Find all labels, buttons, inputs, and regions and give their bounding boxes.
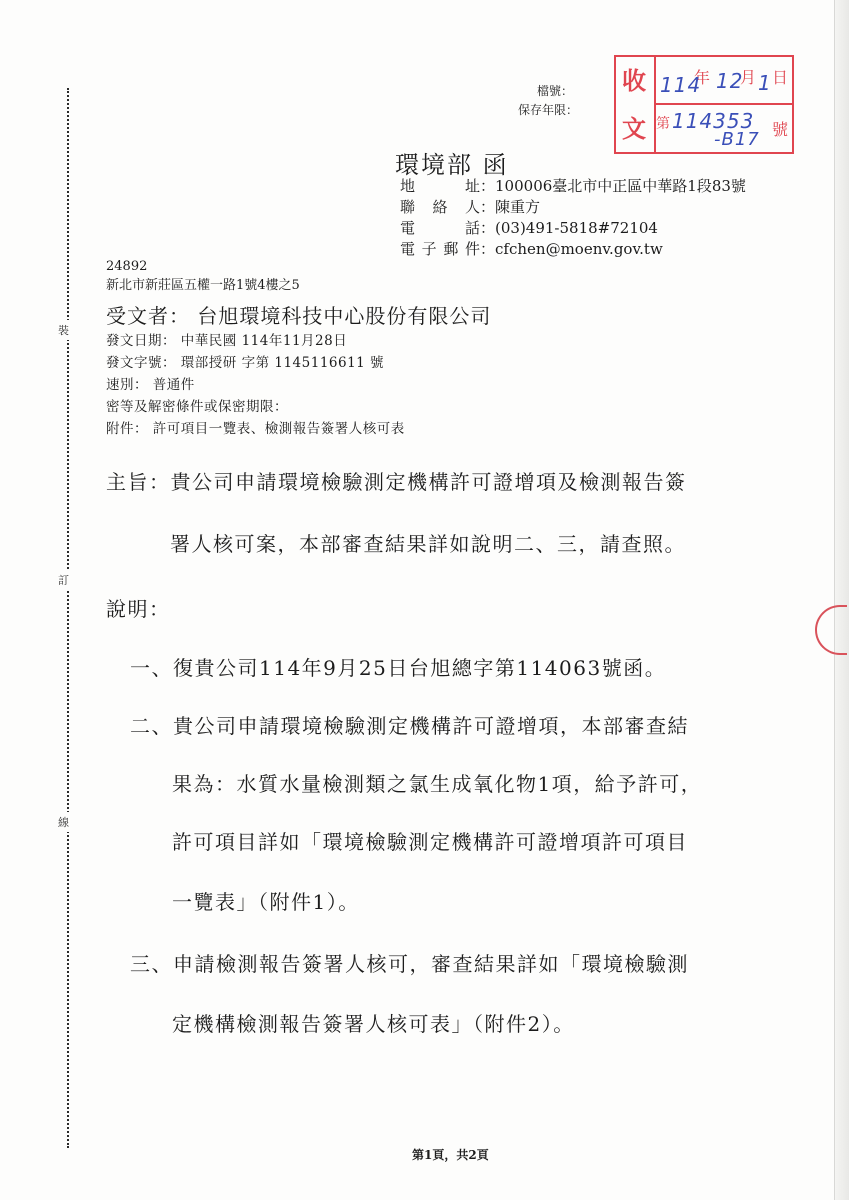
field-classification: 密等及解密條件或保密期限：: [106, 396, 405, 418]
contact-label: 地址: [400, 176, 480, 197]
field-attachments: 附件： 許可項目一覽表、檢測報告簽署人核可表: [106, 418, 405, 440]
subject-label: 主旨：: [106, 470, 171, 494]
item-number: 三、: [130, 952, 173, 976]
document-fields: 發文日期： 中華民國 114年11月28日 發文字號： 環部授研 字第 1145…: [106, 330, 405, 440]
field-label: 速別：: [106, 377, 148, 393]
contact-value: 100006臺北市中正區中華路1段83號: [495, 177, 746, 195]
field-value: 普通件: [153, 377, 195, 393]
stamp-doc-char: 文: [622, 109, 646, 144]
explanation-item-2-line-4: 一覽表」（附件1）。: [172, 886, 360, 915]
contact-label: 聯絡人: [400, 197, 480, 218]
stamp-handwritten-year: 114: [660, 73, 701, 97]
retention-period-label: 保存年限：: [518, 101, 578, 118]
stamp-handwritten-day: 1: [758, 71, 772, 95]
contact-label: 電話: [400, 218, 480, 239]
field-label: 發文日期：: [106, 333, 176, 349]
contact-email-value: cfchen@moenv.gov.tw: [495, 240, 663, 258]
field-document-number: 發文字號： 環部授研 字第 1145116611 號: [106, 352, 405, 374]
binding-mark-xian: 線: [58, 812, 69, 832]
explanation-item-3: 三、申請檢測報告簽署人核可，審查結果詳如「環境檢驗測: [130, 948, 689, 977]
recipient-postal-code: 24892: [106, 258, 147, 276]
subject-line-2: 署人核可案，本部審查結果詳如說明二、三，請查照。: [170, 528, 686, 557]
document-title: 環境部 函: [395, 145, 509, 180]
page-number: 第1頁，共2頁: [412, 1146, 489, 1163]
explanation-item-2-line-3: 許可項目詳如「環境檢驗測定機構許可證增項許可項目: [172, 826, 688, 855]
field-value: 許可項目一覽表、檢測報告簽署人核可表: [153, 421, 405, 437]
recipient-name: 台旭環境科技中心股份有限公司: [197, 304, 491, 328]
explanation-label: 說明：: [106, 593, 171, 622]
binding-mark-ding: 訂: [58, 570, 69, 590]
binding-mark-zhuang: 裝: [58, 320, 69, 340]
binding-dotted-line: [67, 88, 69, 1148]
recipient-label: 受文者：: [106, 304, 190, 328]
stamp-handwritten-month: 12: [716, 69, 743, 93]
recipient-address: 新北市新莊區五權一路1號4樓之5: [106, 277, 300, 295]
field-label: 發文字號：: [106, 355, 176, 371]
explanation-item-1: 一、復貴公司114年9月25日台旭總字第114063號函。: [130, 652, 666, 681]
stamp-day-label: 日: [772, 65, 788, 88]
sender-contact-block: 地址：100006臺北市中正區中華路1段83號 聯絡人：陳重方 電話：(03)4…: [400, 176, 746, 260]
item-number: 一、: [130, 656, 173, 680]
contact-person-row: 聯絡人：陳重方: [400, 197, 746, 218]
stamp-receive-char: 收: [622, 61, 646, 96]
subject-text: 貴公司申請環境檢驗測定機構許可證增項及檢測報告簽: [171, 470, 687, 494]
recipient-line: 受文者： 台旭環境科技中心股份有限公司: [106, 300, 491, 329]
stamp-number-prefix: 第: [656, 113, 670, 133]
item-text: 貴公司申請環境檢驗測定機構許可證增項，本部審查結: [173, 714, 689, 738]
stamp-handwritten-number-suffix: -B17: [714, 129, 760, 150]
stamp-divider: [654, 103, 792, 105]
field-value: 中華民國 114年11月28日: [181, 333, 347, 349]
official-seal-partial: [815, 605, 847, 655]
receipt-stamp: 收 文 年 月 日 第 號 114 12 1 114353 -B17: [614, 55, 794, 154]
stamp-number-suffix: 號: [772, 117, 788, 140]
contact-address-row: 地址：100006臺北市中正區中華路1段83號: [400, 176, 746, 197]
item-text: 申請檢測報告簽署人核可，審查結果詳如「環境檢驗測: [173, 952, 689, 976]
field-label: 密等及解密條件或保密期限：: [106, 399, 288, 415]
explanation-item-2: 二、貴公司申請環境檢驗測定機構許可證增項，本部審查結: [130, 710, 689, 739]
contact-phone-row: 電話：(03)491-5818#72104: [400, 218, 746, 239]
item-number: 二、: [130, 714, 173, 738]
contact-value: (03)491-5818#72104: [495, 219, 658, 237]
contact-value: 陳重方: [495, 198, 540, 216]
explanation-item-3-line-2: 定機構檢測報告簽署人核可表」（附件2）。: [172, 1008, 575, 1037]
field-issue-date: 發文日期： 中華民國 114年11月28日: [106, 330, 405, 352]
explanation-item-2-line-2: 果為：水質水量檢測類之氯生成氧化物1項，給予許可，: [172, 768, 702, 797]
contact-label: 電子郵件: [400, 239, 480, 260]
item-text: 復貴公司114年9月25日台旭總字第114063號函。: [173, 656, 666, 680]
field-value: 環部授研 字第 1145116611 號: [181, 355, 384, 371]
page-edge-shadow: [834, 0, 849, 1200]
field-speed: 速別： 普通件: [106, 374, 405, 396]
subject-line-1: 主旨：貴公司申請環境檢驗測定機構許可證增項及檢測報告簽: [106, 466, 687, 495]
file-number-label: 檔號：: [537, 82, 573, 99]
contact-email-row: 電子郵件：cfchen@moenv.gov.tw: [400, 239, 746, 260]
field-label: 附件：: [106, 421, 148, 437]
